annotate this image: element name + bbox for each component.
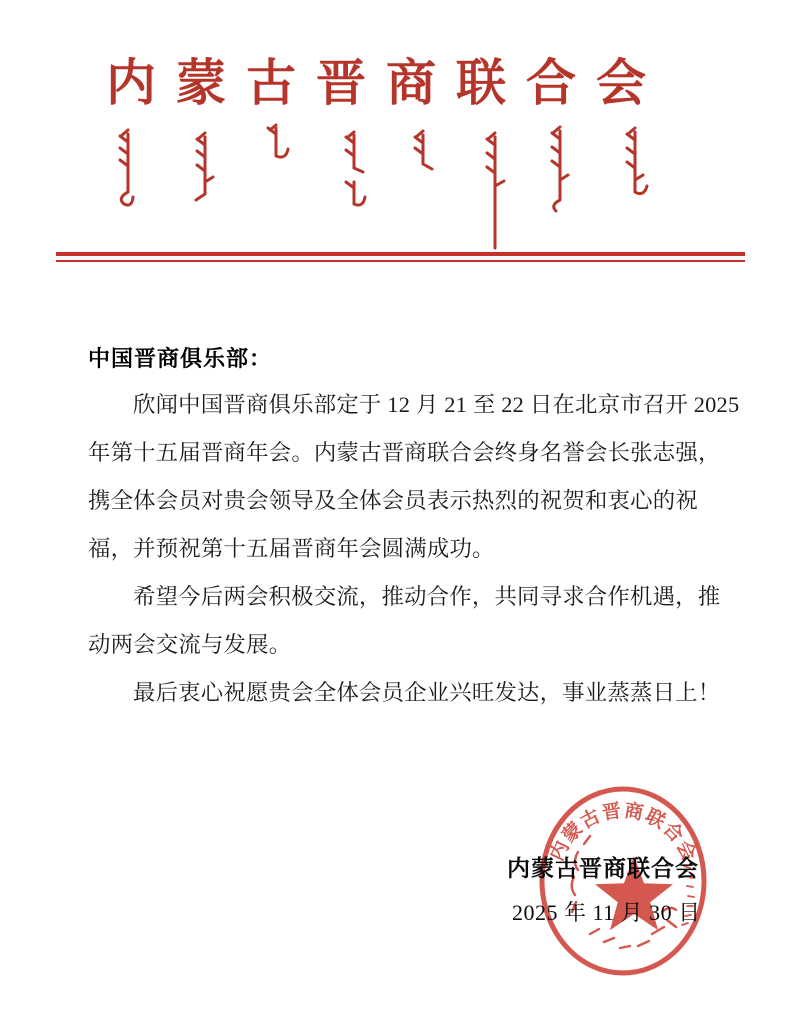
salutation: 中国晋商俱乐部： <box>88 342 272 373</box>
letter-page: 内蒙古晋商联合会 中国晋商俱乐部： 欣闻中国晋商俱乐部定于 12 月 21 至 … <box>0 0 800 1019</box>
mongolian-script-icon <box>100 116 700 256</box>
divider-line-thin <box>56 260 745 262</box>
body-line-7: 最后衷心祝愿贵会全体会员企业兴旺发达，事业蒸蒸日上！ <box>88 678 720 708</box>
body-line-2: 年第十五届晋商年会。内蒙古晋商联合会终身名誉会长张志强， <box>88 438 721 468</box>
body-line-4: 福，并预祝第十五届晋商年会圆满成功。 <box>88 534 495 564</box>
signature-date: 2025 年 11 月 30 日 <box>512 896 701 927</box>
body-line-1: 欣闻中国晋商俱乐部定于 12 月 21 至 22 日在北京市召开 2025 <box>88 390 739 420</box>
divider-line-thick <box>56 252 745 256</box>
body-line-5: 希望今后两会积极交流，推动合作，共同寻求合作机遇，推 <box>88 582 720 612</box>
body-line-6: 动两会交流与发展。 <box>88 630 291 660</box>
signature-organization: 内蒙古晋商联合会 <box>507 850 699 883</box>
letterhead-title: 内蒙古晋商联合会 <box>106 56 666 111</box>
body-line-3: 携全体会员对贵会领导及全体会员表示热烈的祝贺和衷心的祝 <box>88 486 698 516</box>
